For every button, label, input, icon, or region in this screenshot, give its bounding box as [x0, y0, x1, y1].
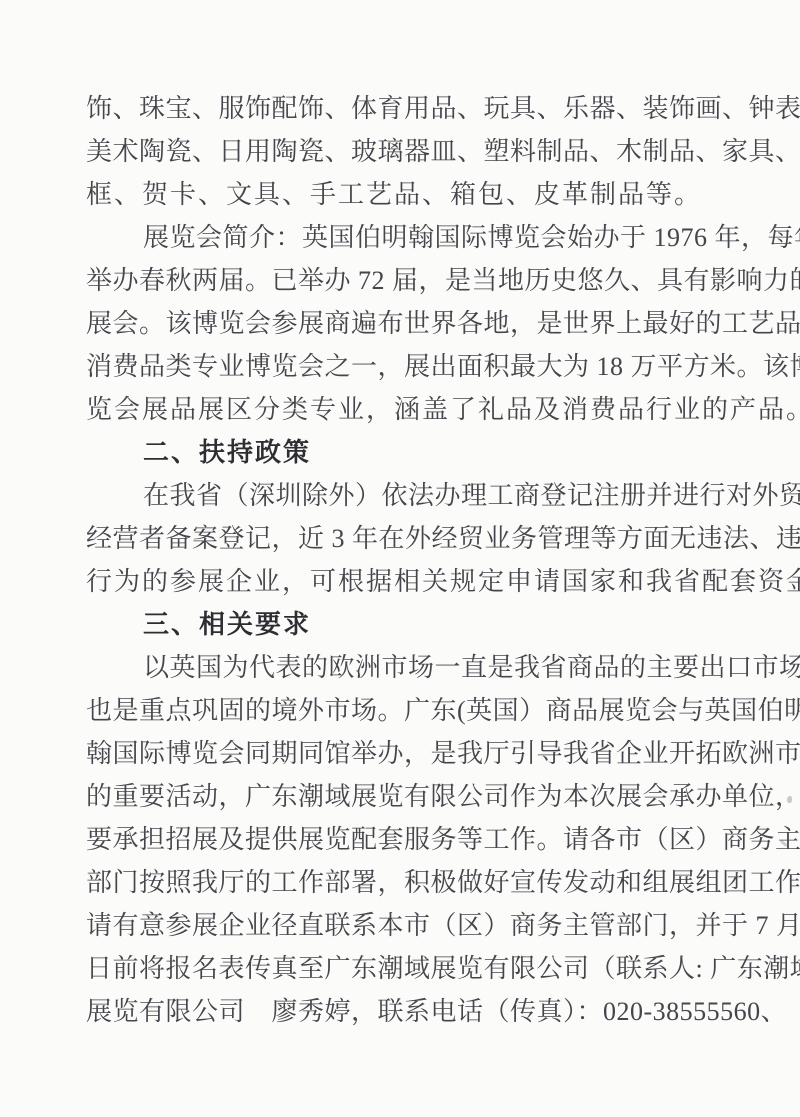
text-line: 以英国为代表的欧洲市场一直是我省商品的主要出口市场，	[86, 646, 740, 689]
document-body: 饰、珠宝、服饰配饰、体育用品、玩具、乐器、装饰画、钟表、美术陶瓷、日用陶瓷、玻璃…	[86, 87, 740, 1033]
document-page: 饰、珠宝、服饰配饰、体育用品、玩具、乐器、装饰画、钟表、美术陶瓷、日用陶瓷、玻璃…	[0, 0, 800, 1117]
text-line: 请有意参展企业径直联系本市（区）商务主管部门，并于 7 月 1	[86, 904, 740, 947]
text-line: 的重要活动，广东潮域展览有限公司作为本次展会承办单位，主	[86, 775, 740, 818]
text-line: 日前将报名表传真至广东潮域展览有限公司（联系人: 广东潮域	[86, 947, 740, 990]
text-line: 行为的参展企业，可根据相关规定申请国家和我省配套资金。	[86, 560, 740, 603]
text-line: 展览有限公司 廖秀婷，联系电话（传真）：020-38555560、	[86, 990, 740, 1033]
text-line: 举办春秋两届。已举办 72 届，是当地历史悠久、具有影响力的	[86, 259, 740, 302]
text-line: 在我省（深圳除外）依法办理工商登记注册并进行对外贸易	[86, 474, 740, 517]
text-line: 展会。该博览会参展商遍布世界各地，是世界上最好的工艺品及	[86, 302, 740, 345]
text-line: 览会展品展区分类专业，涵盖了礼品及消费品行业的产品。	[86, 388, 740, 431]
text-line: 翰国际博览会同期同馆举办，是我厅引导我省企业开拓欧洲市场	[86, 732, 740, 775]
text-line: 部门按照我厅的工作部署，积极做好宣传发动和组展组团工作。	[86, 861, 740, 904]
text-line: 饰、珠宝、服饰配饰、体育用品、玩具、乐器、装饰画、钟表、	[86, 87, 740, 130]
section-heading: 二、扶持政策	[86, 431, 740, 474]
section-heading: 三、相关要求	[86, 603, 740, 646]
text-line: 经营者备案登记，近 3 年在外经贸业务管理等方面无违法、违规	[86, 517, 740, 560]
text-line: 美术陶瓷、日用陶瓷、玻璃器皿、塑料制品、木制品、家具、镜	[86, 130, 740, 173]
text-line: 框、贺卡、文具、手工艺品、箱包、皮革制品等。	[86, 173, 740, 216]
scan-artifact-speck	[787, 796, 792, 803]
text-line: 要承担招展及提供展览配套服务等工作。请各市（区）商务主管	[86, 818, 740, 861]
text-line: 消费品类专业博览会之一，展出面积最大为 18 万平方米。该博	[86, 345, 740, 388]
text-line: 展览会简介：英国伯明翰国际博览会始办于 1976 年，每年	[86, 216, 740, 259]
text-line: 也是重点巩固的境外市场。广东(英国）商品展览会与英国伯明	[86, 689, 740, 732]
